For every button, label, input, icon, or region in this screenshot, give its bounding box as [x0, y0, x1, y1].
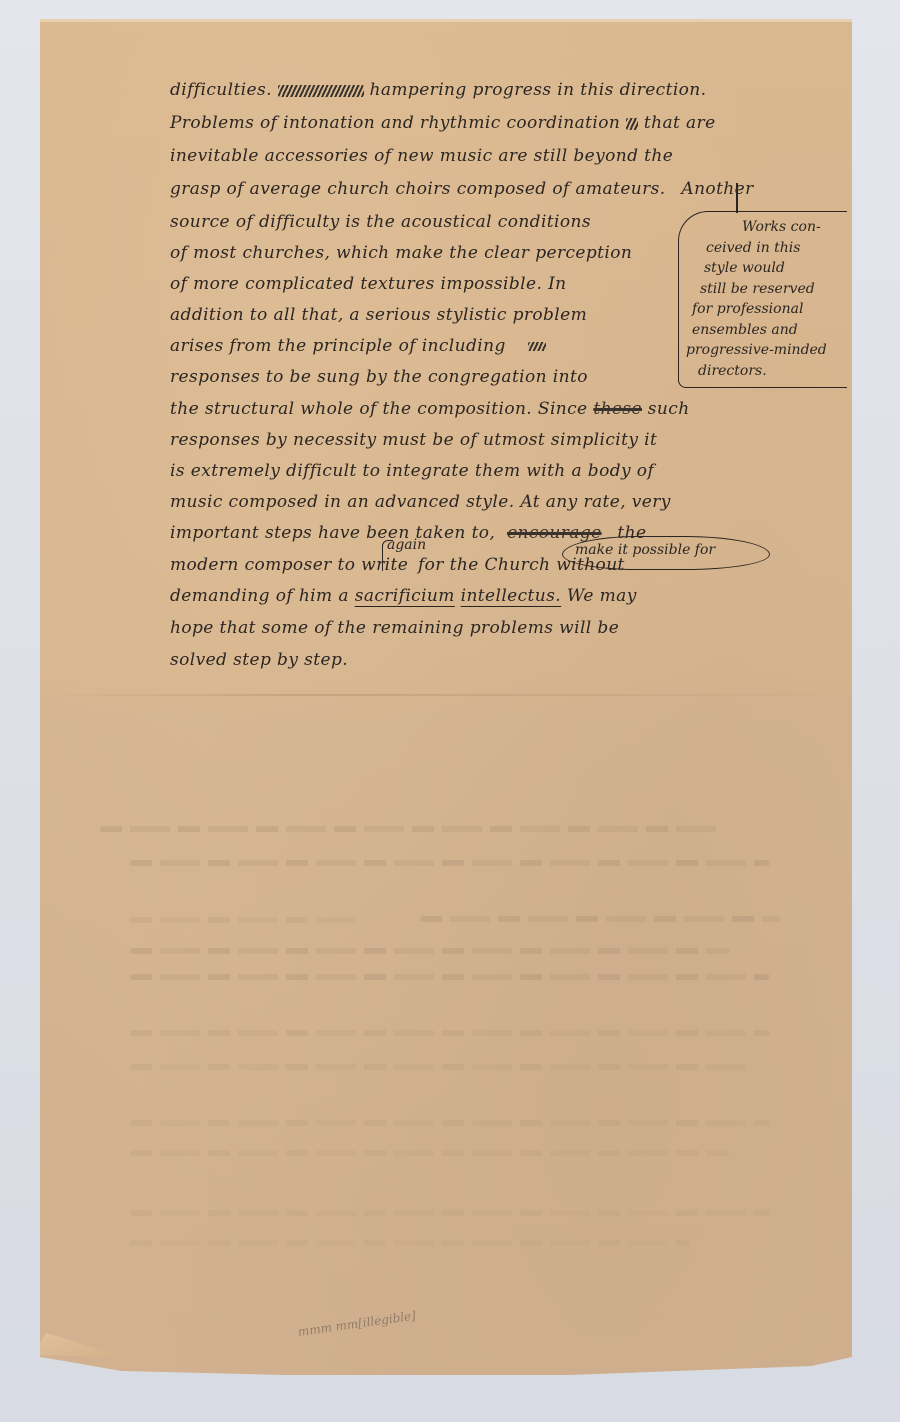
- show-through-line: [130, 1064, 750, 1070]
- show-through-line: [130, 1030, 770, 1036]
- margin-note-line: for professional: [686, 299, 848, 320]
- text-fragment: difficulties.: [170, 80, 272, 100]
- text-line: is extremely difficult to integrate them…: [170, 459, 654, 483]
- text-fragment: Another: [681, 179, 753, 199]
- show-through-line: [130, 1120, 770, 1126]
- show-through-line: [130, 948, 730, 954]
- show-through-line: [130, 1210, 770, 1216]
- text-fragment: hampering progress in this direction.: [370, 80, 707, 100]
- margin-note-line: still be reserved: [686, 279, 848, 300]
- text-fragment: that are: [644, 113, 716, 133]
- show-through-line: [420, 916, 780, 922]
- paper-fold-crease: [40, 694, 852, 696]
- insertion-caret: [382, 540, 393, 571]
- text-fragment: responses to be sung by the congregation…: [170, 367, 588, 387]
- text-fragment: of more complicated textures impossible.…: [170, 274, 567, 294]
- text-fragment: is extremely difficult to integrate them…: [170, 461, 654, 481]
- text-line: responses by necessity must be of utmost…: [170, 428, 657, 452]
- crossed-out-word: [278, 85, 364, 97]
- crossed-out-word: [626, 118, 638, 130]
- text-fragment: responses by necessity must be of utmost…: [170, 430, 657, 450]
- text-line: addition to all that, a serious stylisti…: [170, 303, 587, 327]
- text-line: modern composer to write for the Church …: [170, 553, 625, 577]
- text-line: music composed in an advanced style. At …: [170, 490, 671, 514]
- text-fragment: hope that some of the remaining problems…: [170, 618, 619, 638]
- crossed-out-word: these: [593, 399, 642, 419]
- text-line: arises from the principle of including: [170, 334, 546, 358]
- margin-note: Works con- ceived in this style would st…: [686, 217, 848, 381]
- text-fragment: We may: [567, 586, 637, 606]
- text-line: solved step by step.: [170, 648, 348, 672]
- text-line: inevitable accessories of new music are …: [170, 144, 673, 168]
- text-line: difficulties. hampering progress in this…: [170, 78, 706, 102]
- text-line: of most churches, which make the clear p…: [170, 241, 632, 265]
- margin-note-line: style would: [686, 258, 848, 279]
- margin-note-line: directors.: [686, 361, 848, 382]
- text-fragment: addition to all that, a serious stylisti…: [170, 305, 587, 325]
- text-line: grasp of average church choirs composed …: [170, 177, 754, 201]
- margin-note-line: progressive-minded: [686, 340, 848, 361]
- text-fragment: source of difficulty is the acoustical c…: [170, 212, 591, 232]
- text-fragment: demanding of him a: [170, 586, 349, 606]
- text-line: responses to be sung by the congregation…: [170, 365, 588, 389]
- text-line: source of difficulty is the acoustical c…: [170, 210, 591, 234]
- show-through-line: [130, 974, 770, 980]
- text-line: the structural whole of the composition.…: [170, 397, 690, 421]
- text-line: hope that some of the remaining problems…: [170, 616, 619, 640]
- show-through-line: [130, 860, 770, 866]
- text-fragment: Problems of intonation and rhythmic coor…: [170, 113, 620, 133]
- text-fragment: inevitable accessories of new music are …: [170, 146, 673, 166]
- text-fragment: music composed in an advanced style. At …: [170, 492, 671, 512]
- text-line: Problems of intonation and rhythmic coor…: [170, 111, 716, 135]
- insertion-loop: [562, 536, 770, 570]
- text-fragment: important steps have been taken to,: [170, 523, 495, 543]
- underlined-latin-term: intellectus.: [461, 586, 561, 606]
- show-through-line: [130, 917, 360, 923]
- text-fragment: such: [648, 399, 690, 419]
- margin-note-line: Works con-: [686, 217, 848, 238]
- show-through-line: [130, 1150, 730, 1156]
- text-line: demanding of him a sacrificium intellect…: [170, 584, 637, 608]
- text-fragment: solved step by step.: [170, 650, 348, 670]
- crossed-out-word: [528, 342, 546, 351]
- margin-note-pointer: [736, 183, 738, 213]
- text-line: of more complicated textures impossible.…: [170, 272, 567, 296]
- text-fragment: of most churches, which make the clear p…: [170, 243, 632, 263]
- text-fragment: modern composer to write: [170, 555, 408, 575]
- text-fragment: grasp of average church choirs composed …: [170, 179, 666, 199]
- margin-note-line: ensembles and: [686, 320, 848, 341]
- show-through-line: [100, 826, 720, 832]
- text-fragment: the structural whole of the composition.…: [170, 399, 588, 419]
- margin-note-line: ceived in this: [686, 238, 848, 259]
- underlined-latin-term: sacrificium: [355, 586, 455, 606]
- show-through-line: [130, 1240, 690, 1246]
- paper-top-edge: [40, 19, 852, 22]
- text-fragment: arises from the principle of including: [170, 336, 506, 356]
